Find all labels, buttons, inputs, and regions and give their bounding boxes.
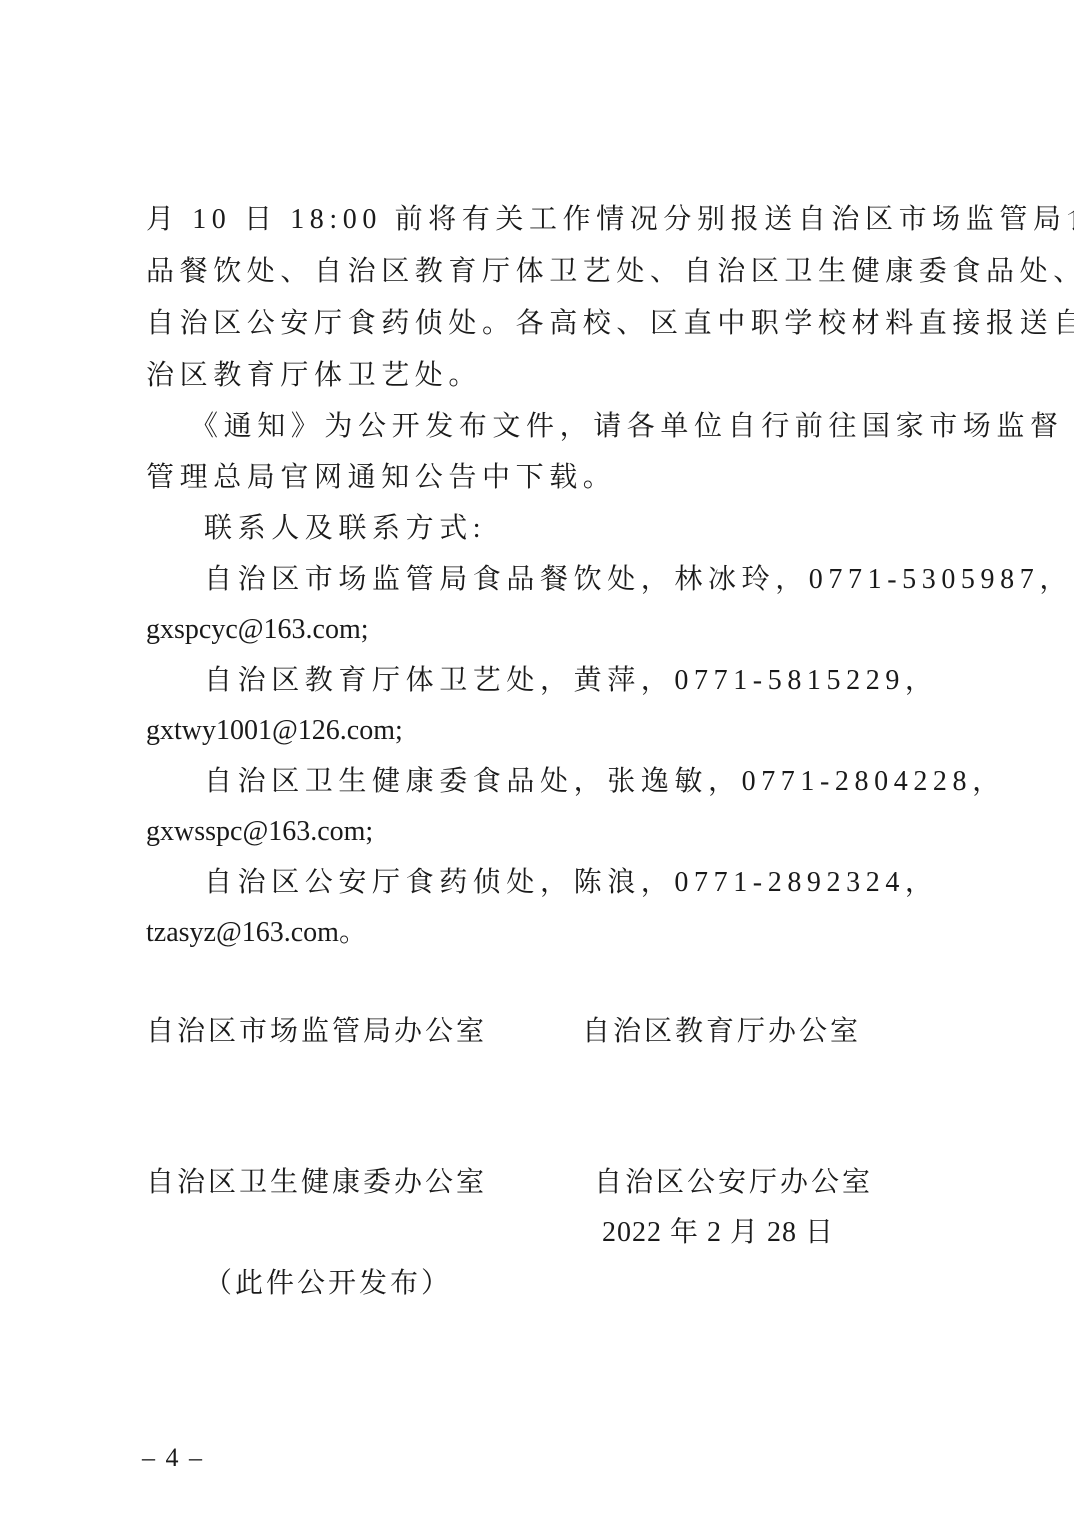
signature-public-security: 自治区公安厅办公室: [594, 1163, 873, 1203]
signature-market-regulation: 自治区市场监管局办公室: [146, 1012, 487, 1052]
signature-date: 2022 年 2 月 28 日: [602, 1213, 834, 1253]
signature-education: 自治区教育厅办公室: [582, 1012, 861, 1052]
contact-line: 自治区教育厅体卫艺处，黄萍，0771-5815229，: [204, 661, 939, 701]
contact-email: gxtwy1001@126.com;: [146, 711, 403, 751]
contacts-heading: 联系人及联系方式:: [204, 509, 486, 549]
contact-line: 自治区卫生健康委食品处，张逸敏，0771-2804228，: [204, 762, 1006, 802]
body-text-line: 自治区公安厅食药侦处。各高校、区直中职学校材料直接报送自: [146, 304, 1074, 344]
body-text-line: 治区教育厅体卫艺处。: [146, 356, 482, 396]
body-text-line: 品餐饮处、自治区教育厅体卫艺处、自治区卫生健康委食品处、: [146, 252, 1074, 292]
body-text-line: 管理总局官网通知公告中下载。: [146, 458, 616, 498]
signature-health: 自治区卫生健康委办公室: [146, 1163, 487, 1203]
page-number: – 4 –: [142, 1442, 204, 1474]
contact-email: tzasyz@163.com。: [146, 913, 367, 953]
contact-line: 自治区市场监管局食品餐饮处，林冰玲，0771-5305987，: [204, 560, 1073, 600]
contact-line: 自治区公安厅食药侦处，陈浪，0771-2892324，: [204, 863, 939, 903]
body-text-line: 月 10 日 18:00 前将有关工作情况分别报送自治区市场监管局食: [146, 200, 1074, 240]
document-page: 月 10 日 18:00 前将有关工作情况分别报送自治区市场监管局食 品餐饮处、…: [0, 0, 1074, 1520]
contact-email: gxspcyc@163.com;: [146, 610, 369, 650]
body-text-line: 《通知》为公开发布文件，请各单位自行前往国家市场监督: [190, 407, 1064, 447]
release-note: （此件公开发布）: [204, 1264, 452, 1304]
contact-email: gxwsspc@163.com;: [146, 812, 373, 852]
